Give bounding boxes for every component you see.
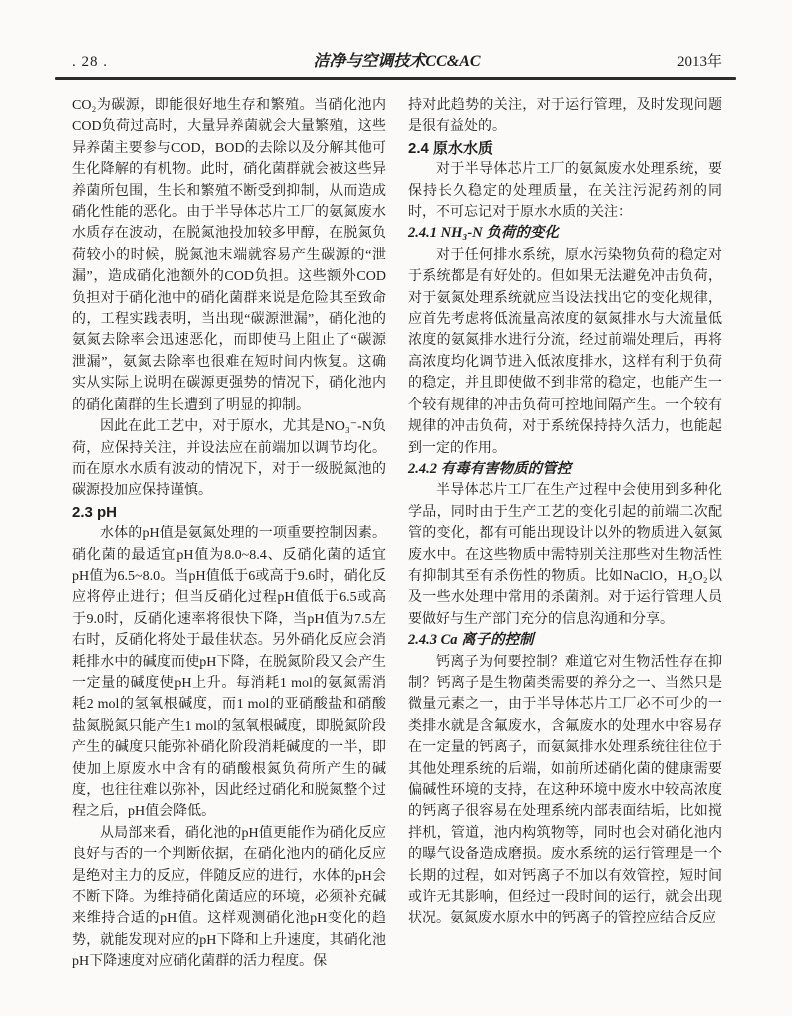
paragraph: 钙离子为何要控制？难道它对生物活性存在抑制？钙离子是生物菌类需要的养分之一、当然… [408,652,722,930]
paragraph: 对于半导体芯片工厂的氨氮废水处理系统，要保持长久稳定的处理质量，在关注污泥药剂的… [408,159,722,223]
journal-title: 洁净与空调技术CC&AC [182,52,612,72]
two-column-body: CO₂为碳源，即能很好地生存和繁殖。当硝化池内COD负荷过高时，大量异养菌就会大… [72,95,722,973]
paragraph: 半导体芯片工厂在生产过程中会使用到多种化学品，同时由于生产工艺的变化引起的前端二… [408,480,722,630]
page-number: . 28 . [72,52,182,72]
paragraph: 因此在此工艺中，对于原水，尤其是NO₃⁻-N负荷，应保持关注，并设法应在前端加以… [72,416,386,502]
section-heading-2-4-3: 2.4.3 Ca 离子的控制 [408,630,722,651]
paragraph: 从局部来看，硝化池的pH值更能作为硝化反应良好与否的一个判断依据，在硝化池内的硝… [72,823,386,973]
section-heading-2-4-2: 2.4.2 有毒有害物质的管控 [408,459,722,480]
paragraph-continuation: 持对此趋势的关注，对于运行管理，及时发现问题是很有益处的。 [408,95,722,138]
left-column: CO₂为碳源，即能很好地生存和繁殖。当硝化池内COD负荷过高时，大量异养菌就会大… [72,95,386,973]
right-column: 持对此趋势的关注，对于运行管理，及时发现问题是很有益处的。 2.4 原水水质 对… [408,95,722,973]
paragraph-continuation: CO₂为碳源，即能很好地生存和繁殖。当硝化池内COD负荷过高时，大量异养菌就会大… [72,95,386,416]
section-heading-2-4-1: 2.4.1 NH₃-N 负荷的变化 [408,223,722,244]
year-label: 2013年 [612,52,722,72]
page-header: . 28 . 洁净与空调技术CC&AC 2013年 [72,52,722,77]
header-rule [55,77,736,80]
section-heading-2-4: 2.4 原水水质 [408,138,722,159]
journal-page: . 28 . 洁净与空调技术CC&AC 2013年 CO₂为碳源，即能很好地生存… [0,0,792,1016]
paragraph: 水体的pH值是氨氮处理的一项重要控制因素。硝化菌的最适宜pH值为8.0~8.4、… [72,523,386,823]
paragraph: 对于任何排水系统，原水污染物负荷的稳定对于系统都是有好处的。但如果无法避免冲击负… [408,245,722,459]
section-heading-2-3: 2.3 pH [72,502,386,523]
